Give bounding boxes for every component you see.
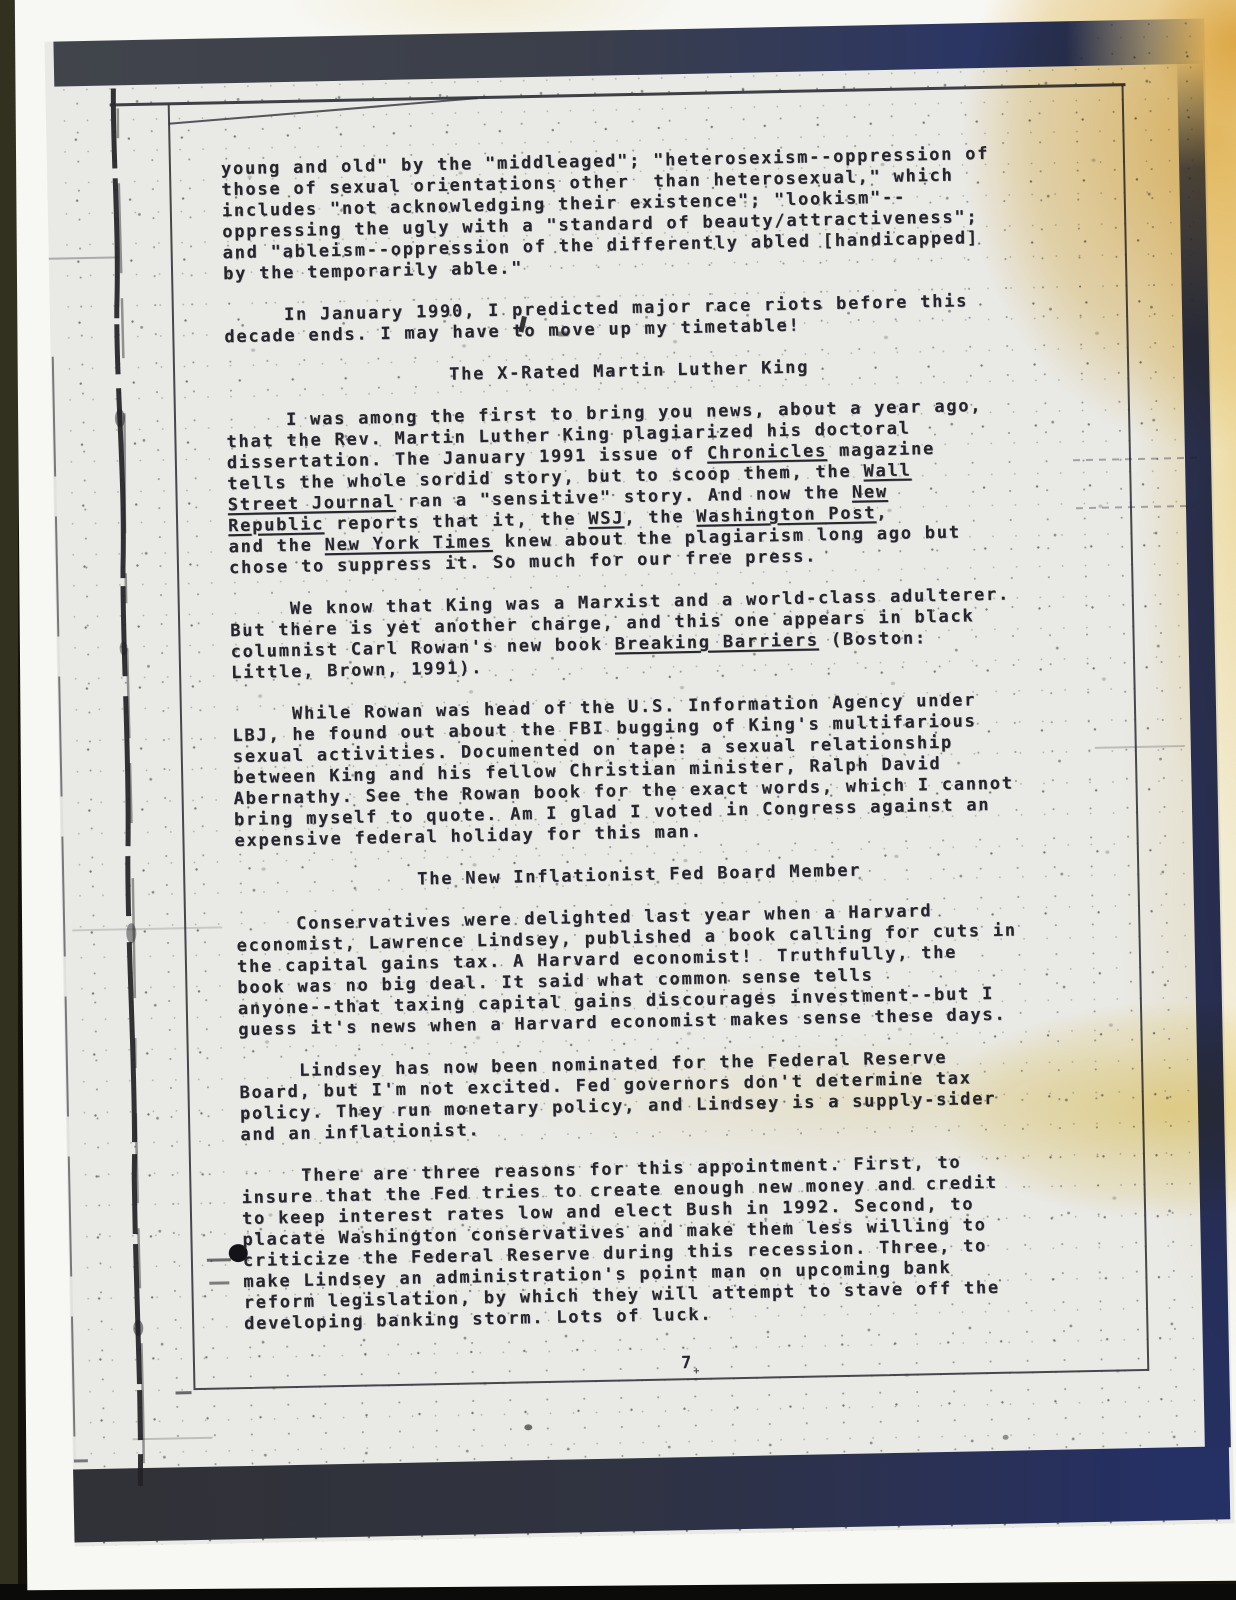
underlined-publication: Chronicles	[707, 441, 827, 463]
text-run: young and old" by the "middleaged"; "het…	[221, 144, 990, 284]
text-run: There are three reasons for this appoint…	[241, 1153, 1000, 1334]
paragraph: young and old" by the "middleaged"; "het…	[221, 143, 1031, 285]
underlined-publication: New York Times	[324, 532, 492, 555]
section-heading: The New Inflationist Fed Board Member	[235, 857, 1043, 894]
paragraph: While Rowan was head of the U.S. Informa…	[232, 689, 1043, 852]
page-border-box: young and old" by the "middleaged"; "het…	[168, 85, 1150, 1390]
crease-mark	[132, 1437, 212, 1441]
text-run: While Rowan was head of the U.S. Informa…	[232, 690, 1014, 851]
paper-sheet: young and old" by the "middleaged"; "het…	[15, 0, 1236, 1590]
underlined-publication: WSJ	[588, 508, 624, 529]
underlined-publication: Breaking Barriers	[615, 630, 819, 654]
section-heading: The X-Rated Martin Luther King	[225, 353, 1033, 390]
page-number-value: 7	[681, 1353, 693, 1373]
page-number: 7+	[195, 1344, 1147, 1387]
binding-streak	[105, 88, 151, 1486]
scanned-document-page: { "document": { "kind": "scanned typewri…	[0, 0, 1236, 1600]
binding-streak-art	[105, 88, 151, 1486]
underlined-publication: Wall	[863, 460, 911, 481]
underlined-publication: New	[852, 482, 888, 503]
paragraph: In January 1990, I predicted major race …	[224, 290, 1033, 348]
fleck	[1003, 1435, 1009, 1440]
border-stray-tick	[176, 1391, 192, 1394]
scan-artifact-bottom-bar	[73, 1446, 1230, 1542]
paragraph: We know that King was a Marxist and a wo…	[230, 584, 1040, 684]
text-run: Lindsey has now been nominated for the F…	[239, 1048, 996, 1145]
scan-artifact-top-bar	[53, 19, 1205, 87]
paragraph: Lindsey has now been nominated for the F…	[239, 1046, 1049, 1146]
text-run: , the	[624, 507, 696, 528]
text-column: young and old" by the "middleaged"; "het…	[221, 143, 1052, 1335]
paragraph: I was among the first to bring you news,…	[226, 395, 1037, 579]
text-run: In January 1990, I predicted major race …	[224, 291, 969, 347]
page-edge-line-left	[52, 357, 76, 1462]
text-run: Conservatives were delighted last year w…	[236, 901, 1017, 1040]
photocopy-area: young and old" by the "middleaged"; "het…	[44, 19, 1234, 1547]
page-number-stray-mark: +	[693, 1366, 701, 1377]
fleck	[524, 1424, 532, 1430]
paragraph: There are three reasons for this appoint…	[241, 1151, 1052, 1335]
underlined-publication: Washington Post	[696, 503, 876, 527]
underlined-publication: Street Journal	[228, 492, 396, 515]
page-edge-corner-mark	[74, 1459, 88, 1462]
underlined-publication: Republic	[228, 514, 324, 536]
page-edge-shadow-right	[1177, 59, 1231, 1448]
scanner-bed-left-edge	[0, 0, 18, 1600]
paragraph: Conservatives were delighted last year w…	[236, 899, 1046, 1041]
